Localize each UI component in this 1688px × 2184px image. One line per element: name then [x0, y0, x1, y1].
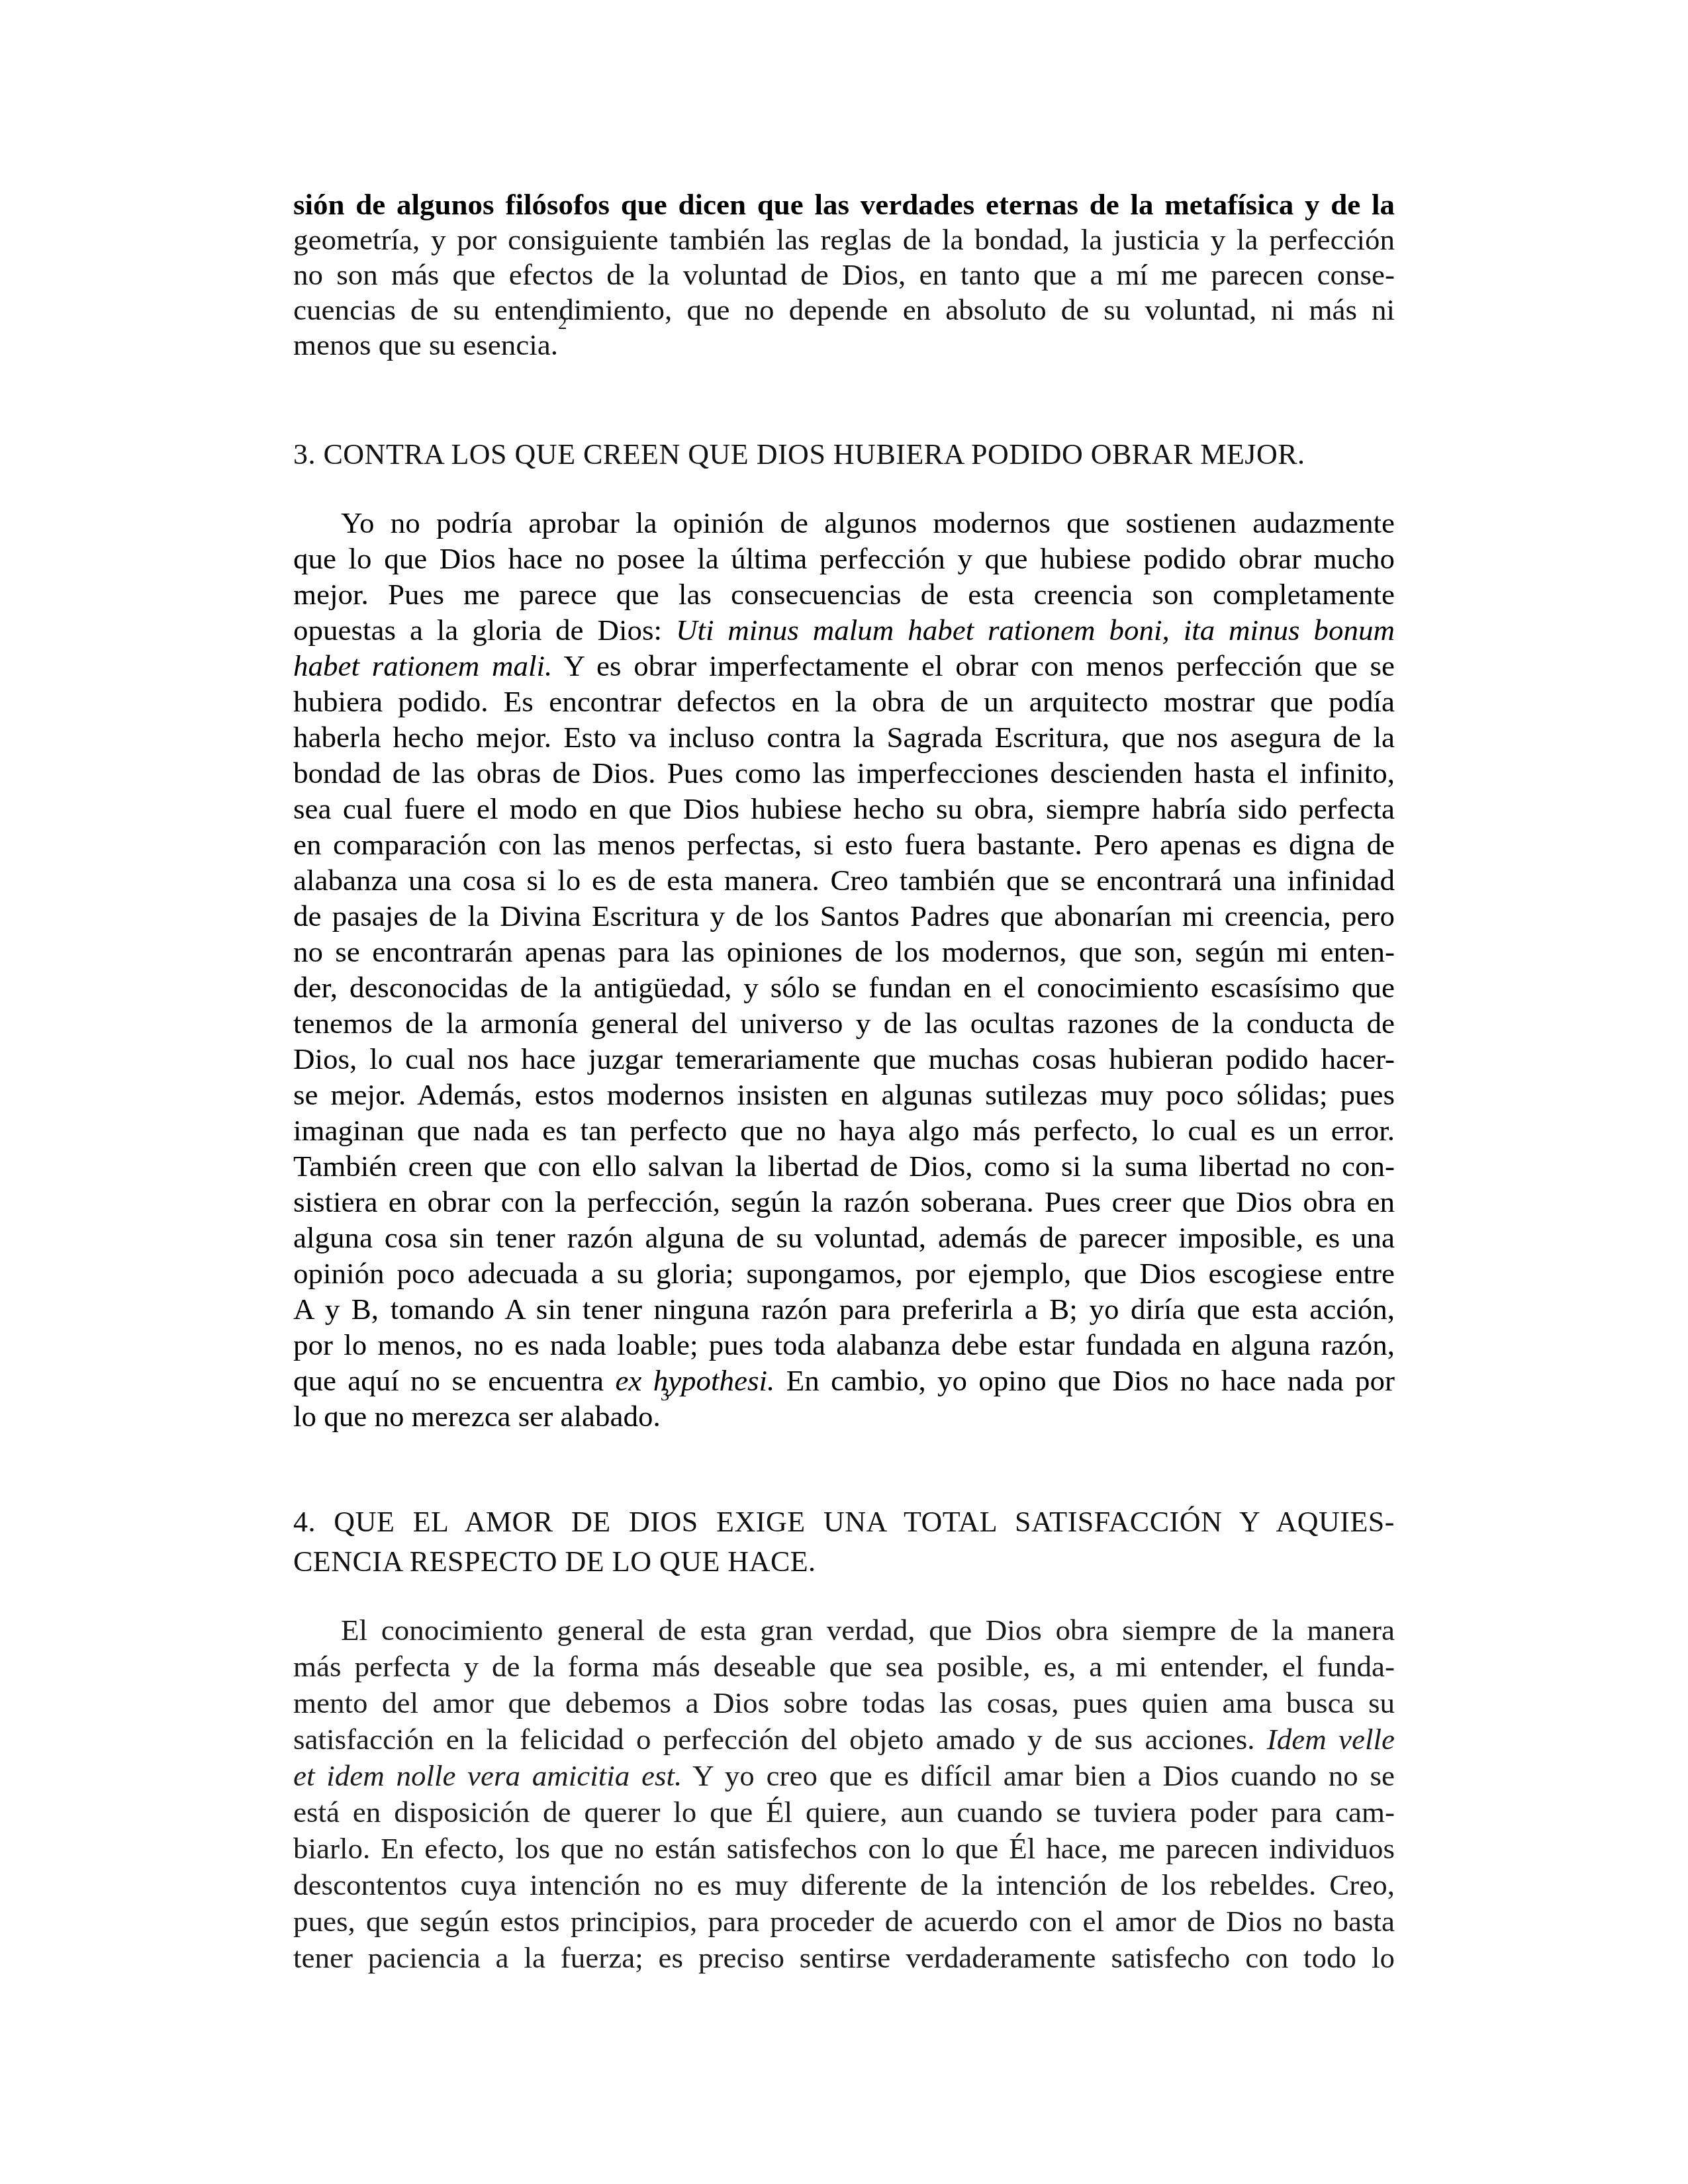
document-page: sión de algunos filósofos que dicen que …	[0, 0, 1688, 2184]
text-fragment: Y es obrar imperfectamente el obrar con …	[552, 649, 1395, 682]
text-line: satisfacción en la felicidad o perfecció…	[293, 1721, 1395, 1757]
latin-quote: Idem velle	[1267, 1723, 1395, 1756]
text-line: sea cual fuere el modo en que Dios hubie…	[293, 791, 1395, 827]
text-line: no se encontrarán apenas para las opinio…	[293, 934, 1395, 970]
latin-quote: Uti minus malum habet rationem boni, ita…	[676, 614, 1395, 647]
text-line: haberla hecho mejor. Esto va incluso con…	[293, 719, 1395, 755]
latin-quote: et idem nolle vera amicitia est.	[293, 1759, 682, 1792]
text-line: opuestas a la gloria de Dios: Uti minus …	[293, 612, 1395, 648]
text-line: hubiera podido. Es encontrar defectos en…	[293, 684, 1395, 719]
section-heading-3: 3. CONTRA LOS QUE CREEN QUE DIOS HUBIERA…	[293, 437, 1395, 473]
text-line: que lo que Dios hace no posee la última …	[293, 541, 1395, 576]
text-line: más perfecta y de la forma más deseable …	[293, 1649, 1395, 1684]
footnote-marker[interactable]: 3	[661, 1385, 670, 1404]
text-line: lo que no merezca ser alabado.3	[293, 1398, 1395, 1434]
text-line: A y B, tomando A sin tener ninguna razón…	[293, 1291, 1395, 1327]
text-line: También creen que con ello salvan la lib…	[293, 1148, 1395, 1184]
text-line: et idem nolle vera amicitia est. Y yo cr…	[293, 1758, 1395, 1794]
text-line: sión de algunos filósofos que dicen que …	[293, 187, 1395, 222]
text-line: der, desconocidas de la antigüedad, y só…	[293, 970, 1395, 1005]
heading-line: 4. QUE EL AMOR DE DIOS EXIGE UNA TOTAL S…	[293, 1504, 1395, 1540]
text-line: pues, que según estos principios, para p…	[293, 1903, 1395, 1939]
text-line: imaginan que nada es tan perfecto que no…	[293, 1113, 1395, 1148]
text-line: mejor. Pues me parece que las consecuenc…	[293, 576, 1395, 612]
text-line: bondad de las obras de Dios. Pues como l…	[293, 755, 1395, 791]
text-line: menos que su esencia.2	[293, 327, 1395, 363]
text-line: por lo menos, no es nada loable; pues to…	[293, 1327, 1395, 1363]
text-line: cuencias de su entendimiento, que no dep…	[293, 292, 1395, 328]
text-fragment: opuestas a la gloria de Dios:	[293, 614, 676, 647]
text-line: está en disposición de querer lo que Él …	[293, 1794, 1395, 1830]
text-fragment: satisfacción en la felicidad o perfecció…	[293, 1723, 1267, 1756]
text-line: en comparación con las menos perfectas, …	[293, 827, 1395, 862]
text-fragment: que aquí no se encuentra	[293, 1364, 615, 1397]
text-line: biarlo. En efecto, los que no están sati…	[293, 1831, 1395, 1866]
text-line: geometría, y por consiguiente también la…	[293, 222, 1395, 257]
text-line: mento del amor que debemos a Dios sobre …	[293, 1685, 1395, 1721]
text-line: no son más que efectos de la voluntad de…	[293, 257, 1395, 293]
text-line: tener paciencia a la fuerza; es preciso …	[293, 1940, 1395, 1976]
text-line: descontentos cuya intención no es muy di…	[293, 1867, 1395, 1903]
text-line: El conocimiento general de esta gran ver…	[293, 1612, 1395, 1648]
heading-line: CENCIA RESPECTO DE LO QUE HACE.	[293, 1544, 1395, 1580]
latin-quote: habet rationem mali.	[293, 649, 552, 682]
text-line: habet rationem mali. Y es obrar imperfec…	[293, 648, 1395, 684]
text-line: alguna cosa sin tener razón alguna de su…	[293, 1220, 1395, 1255]
text-line: sistiera en obrar con la perfección, seg…	[293, 1184, 1395, 1220]
text-line: alabanza una cosa si lo es de esta maner…	[293, 862, 1395, 898]
text-line: Yo no podría aprobar la opinión de algun…	[293, 505, 1395, 541]
footnote-marker[interactable]: 2	[558, 313, 567, 333]
text-line: de pasajes de la Divina Escritura y de l…	[293, 898, 1395, 934]
text-fragment: En cambio, yo opino que Dios no hace nad…	[774, 1364, 1395, 1397]
text-fragment: menos que su esencia.	[293, 328, 558, 361]
text-line: se mejor. Además, estos modernos insiste…	[293, 1077, 1395, 1113]
text-line: que aquí no se encuentra ex hypothesi. E…	[293, 1363, 1395, 1398]
text-line: Dios, lo cual nos hace juzgar temerariam…	[293, 1041, 1395, 1077]
latin-term: ex hypothesi.	[615, 1364, 774, 1397]
text-line: opinión poco adecuada a su gloria; supon…	[293, 1255, 1395, 1291]
text-fragment: Y yo creo que es difícil amar bien a Dio…	[682, 1759, 1395, 1792]
text-fragment: lo que no merezca ser alabado.	[293, 1400, 661, 1433]
text-line: tenemos de la armonía general del univer…	[293, 1005, 1395, 1041]
